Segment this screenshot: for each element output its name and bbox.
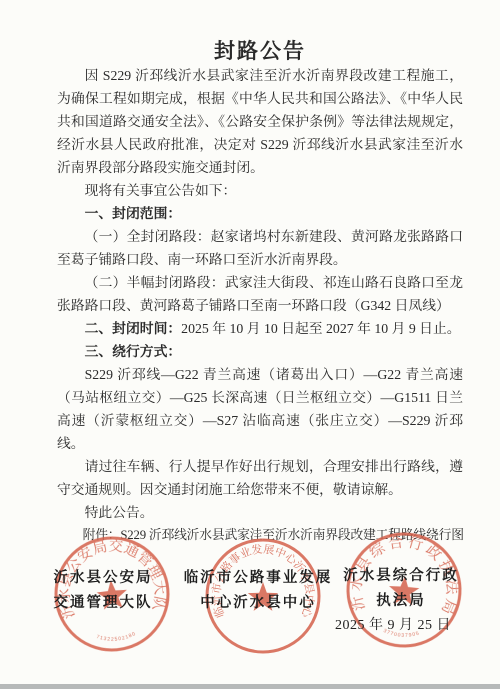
signature-line-2: 交通管理大队 [28,591,178,616]
intro-paragraph: 因 S229 沂邳线沂水县武家洼至沂水沂南界段改建工程施工，为确保工程如期完成，… [57,64,463,179]
signature-line-2: 执法局 [322,589,480,614]
section-1-item-1: （一）全封闭路段：赵家诸坞村东新建段、黄河路龙张路路口至葛子铺路口段、南一环路口… [57,225,463,271]
signature-block-police: 沂水县公安局 交通管理大队 [28,566,178,616]
section-2-line: 二、封闭时间：2025 年 10 月 10 日起至 2027 年 10 月 9 … [57,317,463,340]
section-2-text: 2025 年 10 月 10 日起至 2027 年 10 月 9 日止。 [181,321,460,336]
signature-block-law-enforcement: 沂水县综合行政 执法局 [322,564,480,614]
section-3-heading: 三、绕行方式： [57,340,463,363]
section-1-heading: 一、封闭范围： [57,202,463,225]
scan-edge-artifact [0,684,500,689]
notice-body: 封路公告 因 S229 沂邳线沂水县武家洼至沂水沂南界段改建工程施工，为确保工程… [57,38,463,547]
issue-date: 2025 年 9 月 25 日 [315,614,471,634]
signature-line-1: 临沂市公路事业发展 [183,566,333,591]
closing-paragraph: 特此公告。 [57,501,463,524]
preamble-paragraph: 现将有关事宜公告如下： [57,179,463,202]
signature-block-highway-center: 临沂市公路事业发展 中心沂水县中心 [183,566,333,616]
signature-line-1: 沂水县公安局 [28,566,178,591]
signature-line-2: 中心沂水县中心 [183,591,333,616]
section-1-item-2: （二）半幅封闭路段：武家洼大街段、祁连山路石良路口至龙张路路口段、黄河路葛子铺路… [57,271,463,317]
notice-page: 封路公告 因 S229 沂邳线沂水县武家洼至沂水沂南界段改建工程施工，为确保工程… [0,0,500,689]
detour-route-paragraph: S229 沂邳线—G22 青兰高速（诸葛出入口）—G22 青兰高速（马站枢纽立交… [57,363,463,455]
section-2-heading: 二、封闭时间： [85,321,182,336]
notice-title: 封路公告 [57,38,463,64]
signature-line-1: 沂水县综合行政 [322,564,480,589]
advisory-paragraph: 请过往车辆、行人提早作好出行规划，合理安排出行路线，遵守交通规则。因交通封闭施工… [57,455,463,501]
